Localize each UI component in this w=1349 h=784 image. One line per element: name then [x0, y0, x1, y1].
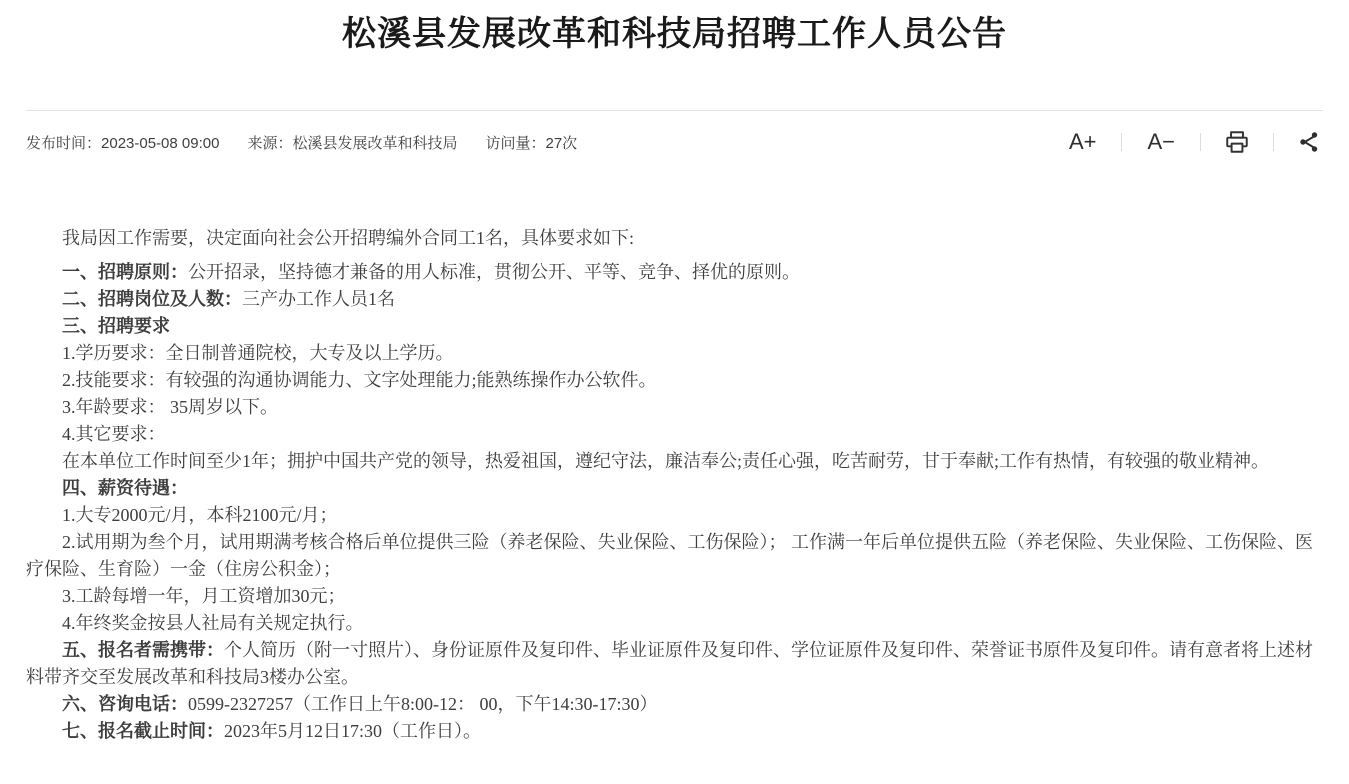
- paragraph-lead: 四、薪资待遇：: [62, 478, 188, 498]
- paragraph-lead: 一、招聘原则：: [62, 262, 188, 282]
- printer-icon: [1224, 129, 1250, 155]
- article-body: 我局因工作需要，决定面向社会公开招聘编外合同工1名，具体要求如下: 一、招聘原则…: [26, 225, 1323, 745]
- paragraph: 3.年龄要求： 35周岁以下。: [26, 394, 1323, 421]
- publish-time: 发布时间：2023-05-08 09:00: [26, 132, 219, 153]
- paragraph: 3.工龄每增一年，月工资增加30元；: [26, 583, 1323, 610]
- paragraph: 4.年终奖金按县人社局有关规定执行。: [26, 610, 1323, 637]
- paragraph: 七、报名截止时间：2023年5月12日17:30（工作日）。: [26, 718, 1323, 745]
- publish-time-label: 发布时间：: [26, 135, 101, 152]
- paragraph: 四、薪资待遇：: [26, 475, 1323, 502]
- paragraph-text: 2023年5月12日17:30（工作日）。: [224, 721, 481, 741]
- paragraph: 五、报名者需携带：个人简历（附一寸照片）、身份证原件及复印件、毕业证原件及复印件…: [26, 637, 1323, 691]
- print-button[interactable]: [1222, 129, 1252, 155]
- share-button[interactable]: [1295, 130, 1323, 154]
- paragraph-text: 4.其它要求：: [62, 424, 166, 444]
- paragraph-lead: 六、咨询电话：: [62, 694, 188, 714]
- paragraph: 2.技能要求：有较强的沟通协调能力、文字处理能力;能熟练操作办公软件。: [26, 367, 1323, 394]
- paragraph-lead: 二、招聘岗位及人数：: [62, 289, 242, 309]
- tool-separator: [1273, 133, 1274, 151]
- view-count-label: 访问量：: [485, 135, 545, 152]
- paragraph-text: 三产办工作人员1名: [242, 289, 395, 309]
- paragraph: 二、招聘岗位及人数：三产办工作人员1名: [26, 286, 1323, 313]
- tool-separator: [1121, 133, 1122, 151]
- source-value: 松溪县发展改革和科技局: [292, 135, 457, 152]
- paragraph-text: 公开招录，坚持德才兼备的用人标准，贯彻公开、平等、竞争、择优的原则。: [188, 262, 800, 282]
- paragraph-text: 2.试用期为叁个月，试用期满考核合格后单位提供三险（养老保险、失业保险、工伤保险…: [26, 532, 1313, 579]
- paragraph: 在本单位工作时间至少1年；拥护中国共产党的领导，热爱祖国，遵纪守法，廉洁奉公;责…: [26, 448, 1323, 475]
- paragraph-text: 3.年龄要求： 35周岁以下。: [62, 397, 278, 417]
- paragraph-text: 2.技能要求：有较强的沟通协调能力、文字处理能力;能熟练操作办公软件。: [62, 370, 657, 390]
- paragraph-lead: 三、招聘要求: [62, 316, 170, 336]
- paragraph: 1.学历要求：全日制普通院校，大专及以上学历。: [26, 340, 1323, 367]
- meta-bar: 发布时间：2023-05-08 09:00 来源：松溪县发展改革和科技局 访问量…: [26, 111, 1323, 173]
- font-decrease-button[interactable]: A−: [1143, 131, 1179, 153]
- paragraph-text: 0599-2327257（工作日上午8:00-12： 00，下午14:30-17…: [188, 694, 657, 714]
- publish-time-value: 2023-05-08 09:00: [101, 135, 219, 152]
- paragraph: 一、招聘原则：公开招录，坚持德才兼备的用人标准，贯彻公开、平等、竞争、择优的原则…: [26, 259, 1323, 286]
- paragraph-text: 1.大专2000元/月，本科2100元/月；: [62, 505, 338, 525]
- paragraph-lead: 五、报名者需携带：: [62, 640, 224, 660]
- paragraph-text: 我局因工作需要，决定面向社会公开招聘编外合同工1名，具体要求如下:: [62, 228, 634, 248]
- font-increase-button[interactable]: A+: [1065, 131, 1101, 153]
- paragraph-text: 4.年终奖金按县人社局有关规定执行。: [62, 613, 364, 633]
- article-header: 松溪县发展改革和科技局招聘工作人员公告: [0, 0, 1349, 110]
- share-icon: [1297, 130, 1321, 154]
- paragraph: 1.大专2000元/月，本科2100元/月；: [26, 502, 1323, 529]
- source-label: 来源：: [247, 135, 292, 152]
- paragraph-lead: 七、报名截止时间：: [62, 721, 224, 741]
- paragraph: 我局因工作需要，决定面向社会公开招聘编外合同工1名，具体要求如下:: [26, 225, 1323, 252]
- paragraph-text: 3.工龄每增一年，月工资增加30元；: [62, 586, 346, 606]
- paragraph-text: 1.学历要求：全日制普通院校，大专及以上学历。: [62, 343, 454, 363]
- page-title: 松溪县发展改革和科技局招聘工作人员公告: [0, 12, 1349, 56]
- paragraph: 六、咨询电话：0599-2327257（工作日上午8:00-12： 00，下午1…: [26, 691, 1323, 718]
- paragraph: 三、招聘要求: [26, 313, 1323, 340]
- paragraph: 4.其它要求：: [26, 421, 1323, 448]
- paragraph: 2.试用期为叁个月，试用期满考核合格后单位提供三险（养老保险、失业保险、工伤保险…: [26, 529, 1323, 583]
- view-count-value: 27次: [546, 135, 578, 152]
- paragraph-text: 在本单位工作时间至少1年；拥护中国共产党的领导，热爱祖国，遵纪守法，廉洁奉公;责…: [62, 451, 1269, 471]
- view-count: 访问量：27次: [485, 132, 577, 153]
- source: 来源：松溪县发展改革和科技局: [247, 132, 457, 153]
- announcement-page: 松溪县发展改革和科技局招聘工作人员公告 发布时间：2023-05-08 09:0…: [0, 0, 1349, 784]
- tool-separator: [1200, 133, 1201, 151]
- article-tools: A+ A−: [1065, 129, 1323, 155]
